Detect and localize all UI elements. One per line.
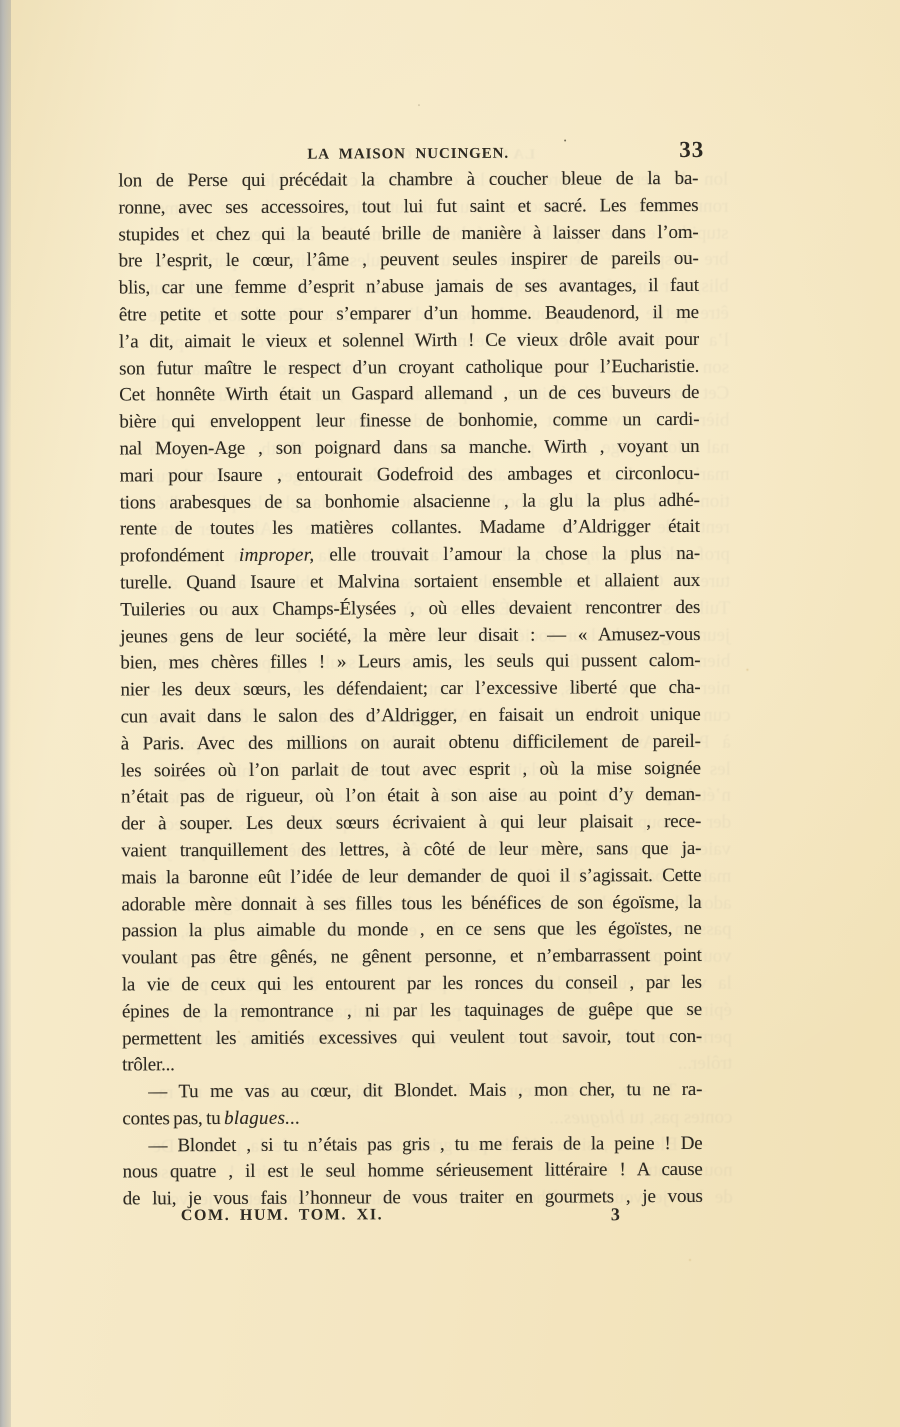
page-footer: COM. HUM. TOM. XI. 3	[123, 1202, 703, 1231]
body-line: rente de toutes les matières collantes. …	[120, 514, 700, 543]
body-line: mari pour Isaure , entourait Godefroid d…	[120, 461, 700, 490]
body-line: lon de Perse qui précédait la chambre à …	[118, 166, 698, 195]
book-page-scan: LA MAISON NUCINGEN. lon de Perse qui pré…	[0, 0, 900, 1427]
sheet-number: 3	[611, 1202, 620, 1226]
page-number: 33	[679, 138, 704, 162]
body-line: passion la plus aimable du monde , en ce…	[122, 916, 702, 945]
body-line: contes pas, tu blagues...	[122, 1104, 702, 1133]
body-line: l’a dit, aimait le vieux et solennel Wir…	[119, 327, 699, 356]
body-line: Cet honnête Wirth était un Gaspard allem…	[119, 380, 699, 409]
scan-edge-shadow	[0, 0, 11, 1427]
body-line: turelle. Quand Isaure et Malvina sortaie…	[120, 568, 700, 597]
body-text: lon de Perse qui précédait la chambre à …	[118, 166, 703, 1214]
body-line: der à souper. Les deux sœurs écrivaient …	[121, 809, 701, 838]
body-line: les soirées où l’on parlait de tout avec…	[121, 755, 701, 784]
body-line: blis, car une femme d’esprit n’abuse jam…	[119, 273, 699, 302]
page-content: LA MAISON NUCINGEN. lon de Perse qui pré…	[0, 0, 900, 1427]
body-line: vaient tranquillement des lettres, à côt…	[121, 836, 701, 865]
body-line: jeunes gens de leur société, la mère leu…	[120, 621, 700, 650]
body-line: — Tu me vas au cœur, dit Blondet. Mais ,…	[122, 1077, 702, 1106]
printer-signature: COM. HUM. TOM. XI.	[181, 1206, 384, 1224]
body-line: son futur maître le respect d’un croyant…	[119, 353, 699, 382]
running-head-title: LA MAISON NUCINGEN.	[118, 141, 698, 168]
body-line: à Paris. Avec des millions on aurait obt…	[121, 729, 701, 758]
body-line: épines de la remontrance , ni par les ta…	[122, 997, 702, 1026]
body-line: Tuileries ou aux Champs-Élysées , où ell…	[120, 595, 700, 624]
body-line: — Blondet , si tu n’étais pas gris , tu …	[122, 1131, 702, 1160]
body-line: mais la baronne eût l’idée de leur deman…	[121, 863, 701, 892]
body-line: profondément improper, elle trouvait l’a…	[120, 541, 700, 570]
body-line: cun avait dans le salon des d’Aldrigger,…	[121, 702, 701, 731]
body-line: tions arabesques de sa bonhomie alsacien…	[120, 487, 700, 516]
body-line: nal Moyen-Age , son poignard dans sa man…	[119, 434, 699, 463]
paper-specks	[564, 139, 566, 141]
body-line: n’était pas de rigueur, où l’on était à …	[121, 782, 701, 811]
body-line: nous quatre , il est le seul homme série…	[123, 1157, 703, 1186]
body-line: bre l’esprit, le cœur, l’âme , peuvent s…	[119, 246, 699, 275]
body-line: bière qui enveloppent leur finesse de bo…	[119, 407, 699, 436]
body-line: la vie de ceux qui les entourent par les…	[122, 970, 702, 999]
body-line: trôler...	[122, 1050, 702, 1079]
body-line: ronne, avec ses accessoires, tout lui fu…	[118, 193, 698, 222]
body-line: être petite et sotte pour s’emparer d’un…	[119, 300, 699, 329]
body-line: voulant pas être gênés, ne gênent person…	[122, 943, 702, 972]
body-line: adorable mère donnait à ses filles tous …	[121, 889, 701, 918]
running-head: LA MAISON NUCINGEN. 33	[118, 141, 698, 170]
body-line: nier les deux sœurs, les défendaient; ca…	[120, 675, 700, 704]
body-line: permettent les amitiés excessives qui ve…	[122, 1023, 702, 1052]
body-line: stupides et chez qui la beauté brille de…	[118, 220, 698, 249]
body-line: bien, mes chères filles ! » Leurs amis, …	[120, 648, 700, 677]
